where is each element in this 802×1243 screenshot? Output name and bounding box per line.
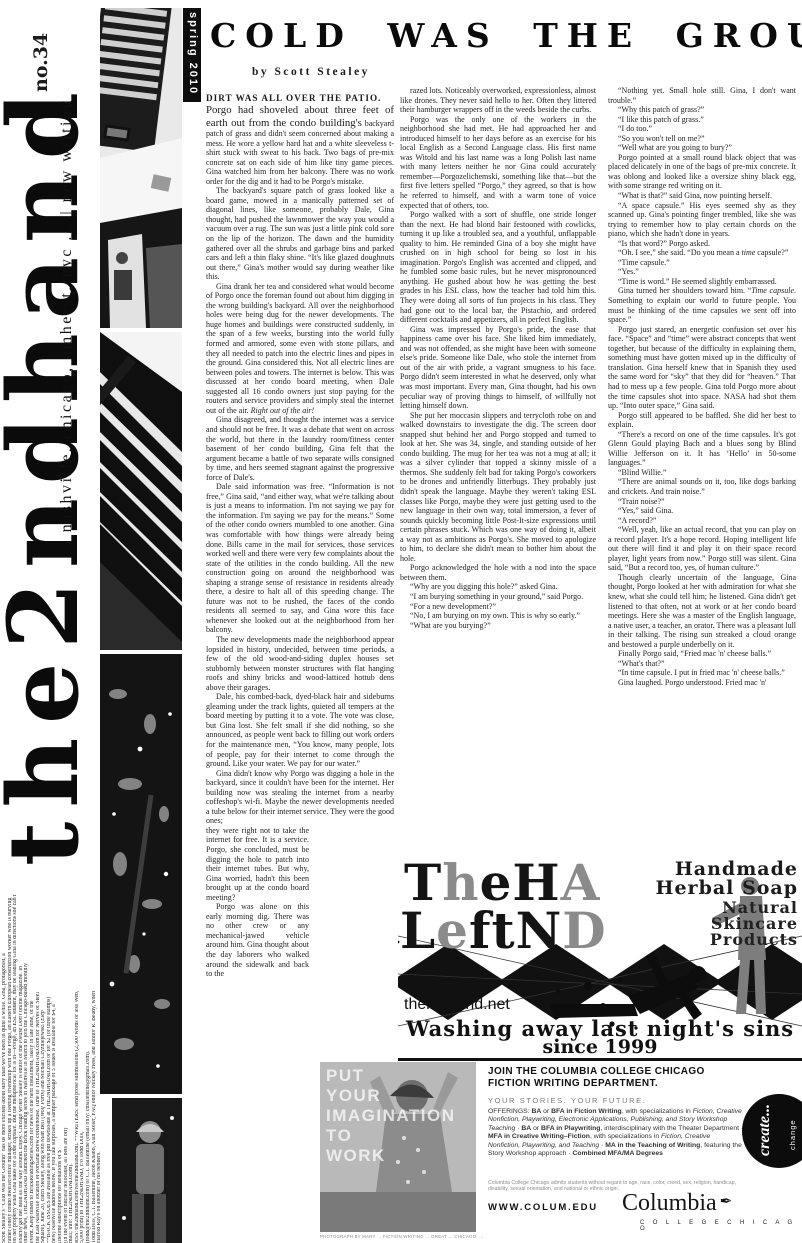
lefthand-url[interactable]: thelefthand.net	[404, 996, 510, 1014]
imagination-overlay-text: PUTYOURIMAGINATIONTOWORK	[326, 1066, 456, 1166]
ad-product-line-1: Handmade Herbal Soap	[656, 860, 798, 898]
columbia-url[interactable]: WWW.COLUM.EDU	[488, 1202, 598, 1213]
columbia-logo: Columbia✒	[622, 1190, 729, 1217]
story-column-3: “Nothing yet. Small hole still. Gina, I …	[608, 86, 796, 858]
photo-rails-art	[100, 332, 182, 650]
story-byline: by Scott Stealey	[252, 66, 370, 78]
column-3-paragraphs: “Nothing yet. Small hole still. Gina, I …	[608, 86, 796, 687]
photo-worker-art	[112, 1098, 182, 1243]
photo-truck	[100, 8, 182, 328]
lead-rest: backyard patch of grass and didn't seem …	[206, 119, 394, 186]
magazine-page: the2ndhand no.34 nashville, chicago, amh…	[0, 0, 802, 1243]
columbia-logo-subtext: C O L L E G E C H I C A G O	[640, 1220, 802, 1232]
column-2-paragraphs: razed lots. Noticeably overworked, expre…	[400, 86, 596, 630]
photo-truck-art	[100, 8, 182, 328]
column-1-wrap-paragraph: they were right not to take the internet…	[206, 826, 394, 902]
colophon-text: Scott Stealey's “Cold Was the Ground” ha…	[2, 855, 104, 1243]
ad-wordmark-bottom: LeftND	[400, 906, 607, 956]
image-wrap-spacer	[314, 826, 394, 1012]
create-change-badge: create... change	[742, 1094, 802, 1168]
columbia-tagline: YOUR STORIES. YOUR FUTURE.	[488, 1096, 646, 1105]
columbia-headline: JOIN THE COLUMBIA COLLEGE CHICAGO FICTIO…	[488, 1066, 750, 1089]
photo-rails	[100, 332, 182, 650]
story-column-2: razed lots. Noticeably overworked, expre…	[400, 86, 596, 858]
imagination-photo: PUTYOURIMAGINATIONTOWORK	[320, 1062, 476, 1232]
photo-foliage	[100, 654, 182, 1094]
photo-foliage-art	[100, 654, 182, 1094]
ad-slogan-line-2: since 1999	[398, 1036, 802, 1058]
lefthand-soap-ad: TheHA LeftND Handmade Herbal Soap Natura…	[398, 856, 802, 1056]
ad-divider-rule	[398, 1058, 802, 1061]
issue-number: no.34	[30, 4, 56, 92]
badge-script-text: create...	[756, 1104, 774, 1156]
pen-nib-icon: ✒	[720, 1194, 733, 1210]
column-1-paragraphs: The backyard's square patch of grass loo…	[206, 186, 394, 826]
lead-kicker: DIRT WAS ALL OVER THE PATIO.	[206, 93, 381, 103]
badge-small-text: change	[788, 1119, 797, 1150]
story-title: COLD WAS THE GROUND	[210, 16, 794, 55]
season-label: spring 2010	[181, 10, 199, 104]
lead-paragraph: DIRT WAS ALL OVER THE PATIO. Porgo had s…	[206, 92, 394, 186]
photo-worker	[112, 1098, 182, 1243]
photo-caption: PHOTOGRAPH BY MARY … FICTION WRITING … G…	[320, 1234, 520, 1239]
season-strip: spring 2010	[183, 8, 201, 102]
masthead-subtitle: nashville, chicago, amherst, nyc ... | n…	[58, 98, 80, 858]
ad-product-line-2: Natural Skincare Products	[710, 900, 798, 948]
columbia-offerings: OFFERINGS: BA or BFA in Fiction Writing,…	[488, 1108, 744, 1158]
